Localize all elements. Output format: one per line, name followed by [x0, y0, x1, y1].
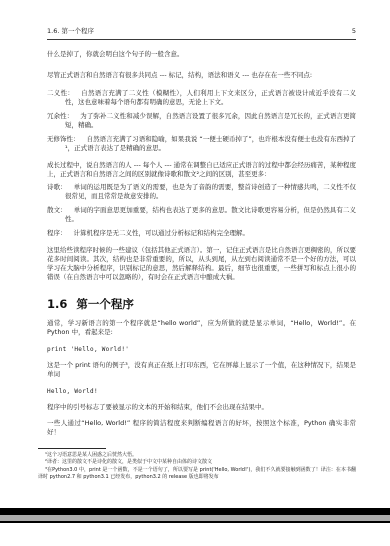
running-header-section: 1.6. 第一个程序: [47, 28, 94, 36]
definition-item: 程序：计算机程序是无二义性，可以通过分析标记和结构完全理解。: [47, 229, 356, 238]
page-bottom-edge-bar: [0, 508, 390, 515]
paragraph: 什么是掉了，你就会明白这个句子的一般含意。: [47, 50, 356, 59]
page-content: 1.6. 第一个程序 5 什么是掉了，你就会明白这个句子的一般含意。 尽管正式语…: [47, 28, 356, 482]
page-bottom-line: [0, 521, 390, 523]
paragraph: 一些人通过“Hello, World!” 程序的简洁程度来判断编程语言的好坏，按…: [47, 419, 356, 437]
document-page: 1.6. 第一个程序 5 什么是掉了，你就会明白这个句子的一般含意。 尽管正式语…: [0, 0, 390, 546]
definition-item: 冗余性：为了弥补二义性和减少误解，自然语言设置了很多冗余，因此自然语言是冗长的，…: [47, 112, 356, 130]
definition-text: 自然语言充满了二义性（模糊性），人们利用上下文来区分，正式语言被设计成近乎没有二…: [65, 89, 356, 106]
section-title: 第一个程序: [76, 297, 134, 311]
paragraph: 尽管正式语言和自然语言有很多共同点 --- 标记，结构，语法和语义 --- 也存…: [47, 71, 356, 80]
definition-term: 程序：: [47, 229, 67, 237]
code-line: print 'Hello, World!': [47, 346, 356, 353]
paragraph: 这里给些读程序时候的一些建议（包括其他正式语言）。第一，记住正式语言是比自然语言…: [47, 246, 356, 282]
definition-term: 诗歌：: [47, 183, 67, 191]
definition-text: 单词的运用既是为了语义的需要，也是为了音韵的需要，整首诗创造了一种情感共鸣，二义…: [65, 183, 356, 200]
section-number: 1.6: [47, 297, 67, 311]
definition-term: 无修饰性：: [47, 135, 80, 143]
code-line: Hello, World!: [47, 388, 356, 395]
paragraph: 成长过程中，说自然语言的人 --- 每个人 --- 通常在调整自已适应正式语言的…: [47, 161, 356, 179]
footnote: ³在Python3.0 中，print 是一个函数，不是一个语句了，所以要写是 …: [38, 467, 356, 482]
definition-term: 散文：: [47, 206, 67, 214]
definition-item: 诗歌：单词的运用既是为了语义的需要，也是为了音韵的需要，整首诗创造了一种情感共鸣…: [47, 183, 356, 201]
paragraph: 这是一个 print 语句的例子³，没有真正在纸上打印东西，它在屏幕上显示了一个…: [47, 361, 356, 379]
page-number: 5: [352, 28, 356, 36]
footnotes-block: ¹这个习语意思是某人困惑之后恍然大悟。 ²译者：这里的散文不是诗化的散文，是类似…: [38, 448, 356, 482]
definition-text: 为了弥补二义性和减少误解，自然语言设置了很多冗余，因此自然语言是冗长的，正式语言…: [65, 112, 356, 129]
definition-text: 自然语言充满了习语和隐喻，如果我说 “一便士硬币掉了”，也许根本没有便士也没有东…: [65, 135, 356, 152]
section-heading: 1.6第一个程序: [47, 296, 356, 312]
definition-text: 计算机程序是无二义性，可以通过分析标记和结构完全理解。: [74, 229, 250, 237]
definition-item: 二义性：自然语言充满了二义性（模糊性），人们利用上下文来区分，正式语言被设计成近…: [47, 89, 356, 107]
paragraph: 通常，学习新语言的第一个程序就是“hello world”，应为所做的就是显示单…: [47, 319, 356, 337]
footnote: ²译者：这里的散文不是诗化的散文，是类似于中文中某种自由体的诗文散文: [38, 459, 356, 467]
definition-item: 散文：单词的字面意思更加重要，结构也表达了更多的意思。散文比诗歌更容易分析，但是…: [47, 206, 356, 224]
paragraph: 程序中的引号标志了要被显示的文本的开始和结束，他们不会出现在结果中。: [47, 403, 356, 412]
running-header: 1.6. 第一个程序 5: [47, 28, 356, 40]
definition-term: 冗余性：: [47, 112, 73, 120]
definition-text: 单词的字面意思更加重要，结构也表达了更多的意思。散文比诗歌更容易分析，但是仍然具…: [65, 206, 356, 223]
definition-item: 无修饰性：自然语言充满了习语和隐喻，如果我说 “一便士硬币掉了”，也许根本没有便…: [47, 135, 356, 153]
footnote-rule: [38, 448, 106, 449]
definition-term: 二义性：: [47, 89, 74, 97]
